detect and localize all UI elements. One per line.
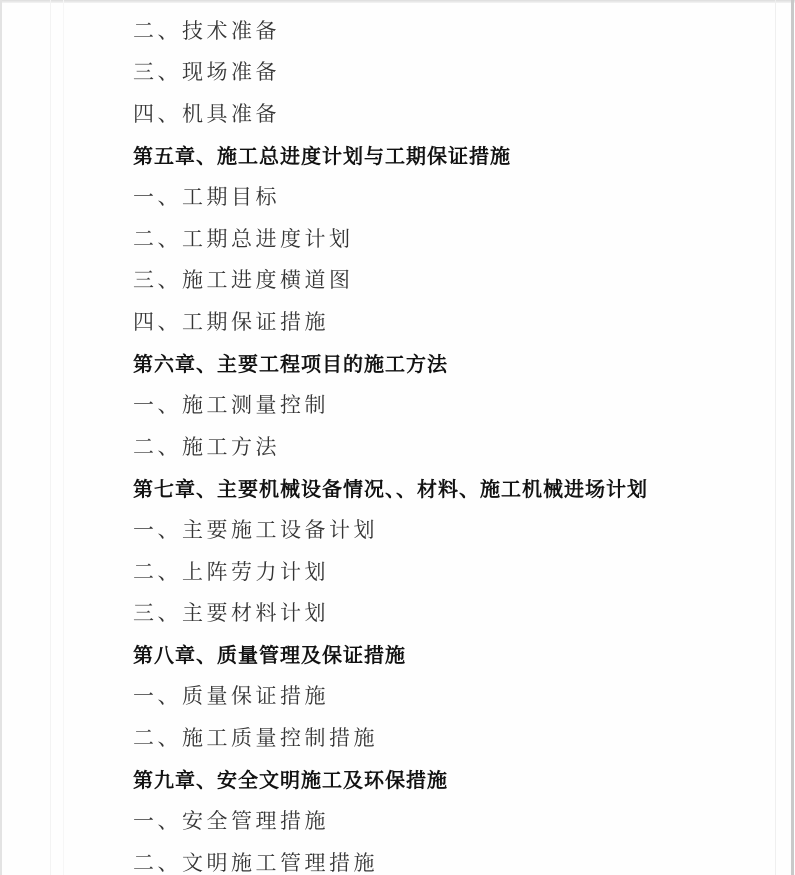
toc-list: 二、技术准备三、现场准备四、机具准备第五章、施工总进度计划与工期保证措施一、工期… (133, 9, 773, 875)
toc-item: 一、安全管理措施 (133, 799, 773, 841)
page-right-edge-line (791, 0, 794, 875)
toc-chapter-heading: 第五章、施工总进度计划与工期保证措施 (133, 134, 773, 176)
toc-item: 二、施工方法 (133, 425, 773, 467)
toc-item: 一、工期目标 (133, 175, 773, 217)
toc-item: 二、工期总进度计划 (133, 217, 773, 259)
toc-item: 一、质量保证措施 (133, 675, 773, 717)
toc-chapter-heading: 第八章、质量管理及保证措施 (133, 633, 773, 675)
toc-item: 三、施工进度横道图 (133, 259, 773, 301)
toc-item: 三、现场准备 (133, 51, 773, 93)
toc-chapter-heading: 第七章、主要机械设备情况、、材料、施工机械进场计划 (133, 467, 773, 509)
toc-item: 三、主要材料计划 (133, 591, 773, 633)
toc-item: 一、主要施工设备计划 (133, 508, 773, 550)
scan-streak (50, 0, 51, 875)
toc-item: 四、机具准备 (133, 92, 773, 134)
toc-chapter-heading: 第九章、安全文明施工及环保措施 (133, 758, 773, 800)
toc-item: 一、施工测量控制 (133, 383, 773, 425)
toc-chapter-heading: 第六章、主要工程项目的施工方法 (133, 342, 773, 384)
toc-item: 二、文明施工管理措施 (133, 841, 773, 875)
scan-streak (775, 0, 776, 875)
toc-item: 四、工期保证措施 (133, 300, 773, 342)
toc-item: 二、技术准备 (133, 9, 773, 51)
document-page: 二、技术准备三、现场准备四、机具准备第五章、施工总进度计划与工期保证措施一、工期… (0, 0, 795, 875)
toc-item: 二、上阵劳力计划 (133, 550, 773, 592)
scan-streak (63, 0, 64, 875)
toc-item: 二、施工质量控制措施 (133, 716, 773, 758)
page-top-edge-line (0, 0, 795, 3)
page-left-edge-line (0, 0, 2, 875)
